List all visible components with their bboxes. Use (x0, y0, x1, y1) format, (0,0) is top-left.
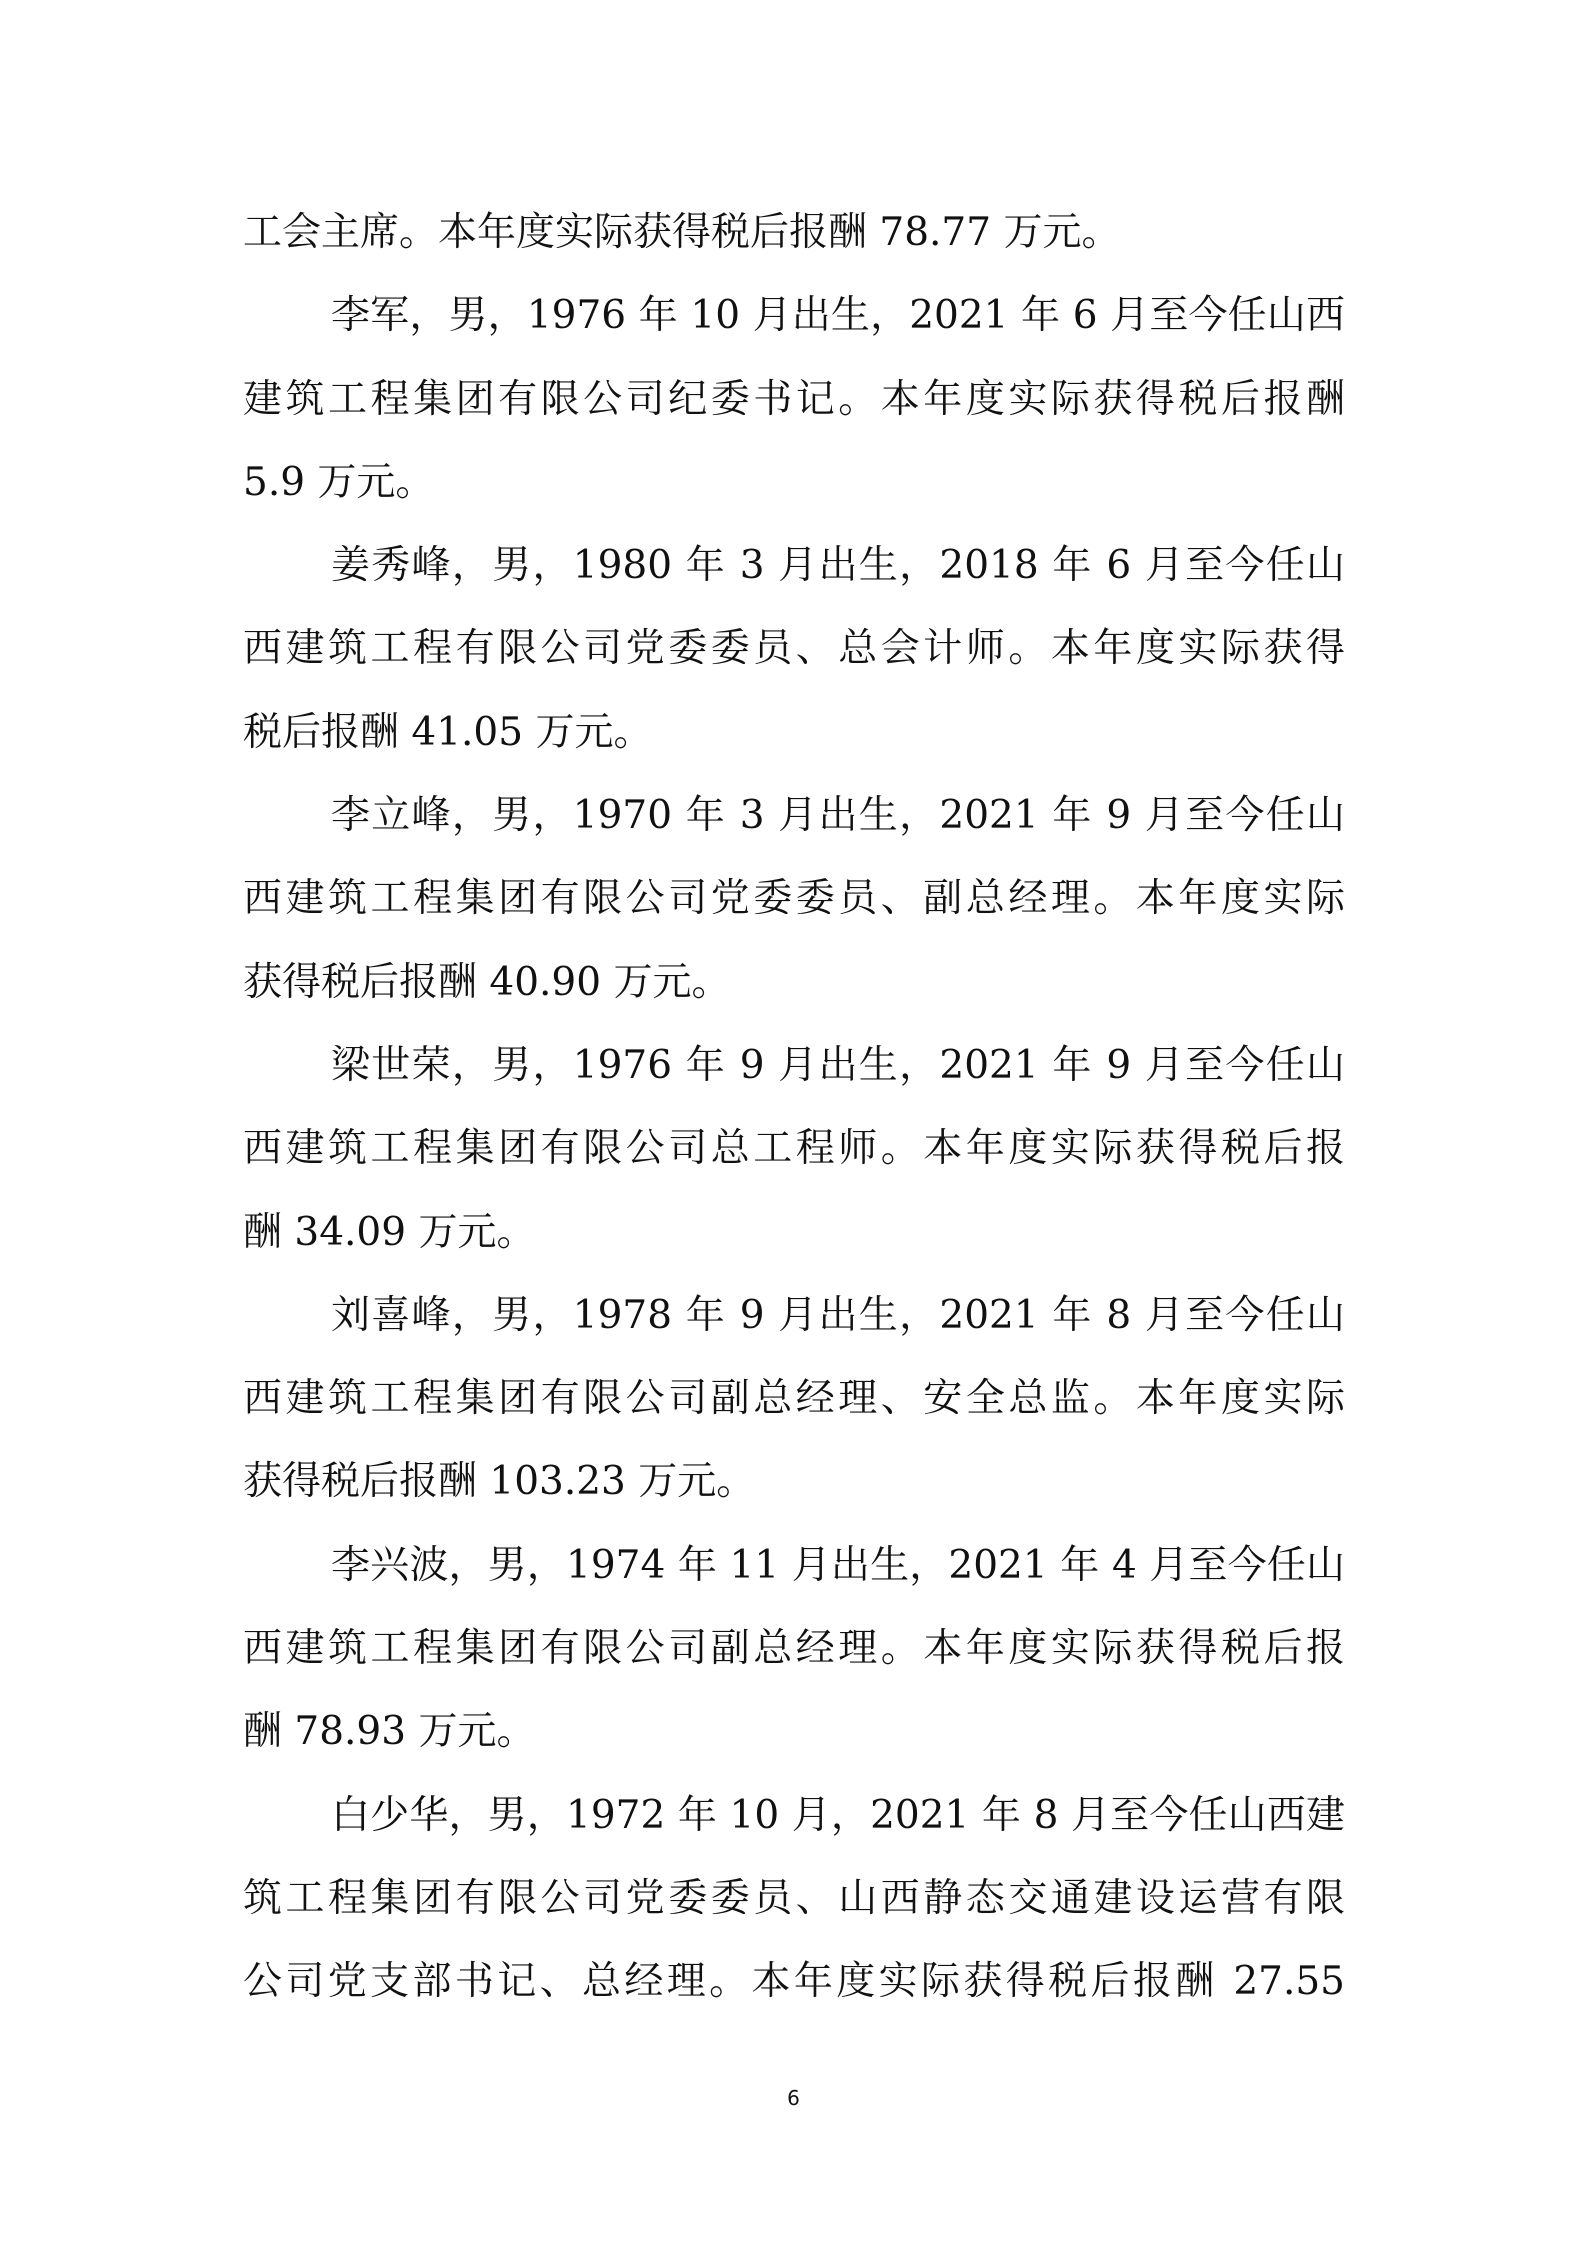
text-line: 工会主席。本年度实际获得税后报酬 78.77 万元。 (243, 191, 1345, 274)
text-line: 酬 34.09 万元。 (243, 1191, 1345, 1274)
text-line: 建筑工程集团有限公司纪委书记。本年度实际获得税后报酬 (243, 358, 1345, 441)
text-line: 公司党支部书记、总经理。本年度实际获得税后报酬 27.55 (243, 1940, 1345, 2023)
text-line: 税后报酬 41.05 万元。 (243, 691, 1345, 774)
paragraph-start-liu-xifeng: 刘喜峰，男，1978 年 9 月出生，2021 年 8 月至今任山 (243, 1274, 1345, 1357)
text-line: 西建筑工程集团有限公司党委委员、副总经理。本年度实际 (243, 857, 1345, 940)
page-number: 6 (0, 2086, 1587, 2110)
text-line: 筑工程集团有限公司党委委员、山西静态交通建设运营有限 (243, 1857, 1345, 1940)
text-line: 获得税后报酬 103.23 万元。 (243, 1440, 1345, 1523)
paragraph-start-bai-shaohua: 白少华，男，1972 年 10 月，2021 年 8 月至今任山西建 (243, 1774, 1345, 1857)
text-line: 获得税后报酬 40.90 万元。 (243, 941, 1345, 1024)
text-line: 5.9 万元。 (243, 441, 1345, 524)
paragraph-start-liang-shirong: 梁世荣，男，1976 年 9 月出生，2021 年 9 月至今任山 (243, 1024, 1345, 1107)
paragraph-start-li-jun: 李军，男，1976 年 10 月出生，2021 年 6 月至今任山西 (243, 274, 1345, 357)
document-page: 工会主席。本年度实际获得税后报酬 78.77 万元。 李军，男，1976 年 1… (0, 0, 1587, 2245)
paragraph-start-li-xingbo: 李兴波，男，1974 年 11 月出生，2021 年 4 月至今任山 (243, 1524, 1345, 1607)
text-line: 西建筑工程集团有限公司总工程师。本年度实际获得税后报 (243, 1107, 1345, 1190)
text-line: 西建筑工程有限公司党委委员、总会计师。本年度实际获得 (243, 607, 1345, 690)
text-line: 西建筑工程集团有限公司副总经理、安全总监。本年度实际 (243, 1357, 1345, 1440)
text-line: 西建筑工程集团有限公司副总经理。本年度实际获得税后报 (243, 1607, 1345, 1690)
paragraph-start-li-lifeng: 李立峰，男，1970 年 3 月出生，2021 年 9 月至今任山 (243, 774, 1345, 857)
text-line: 酬 78.93 万元。 (243, 1690, 1345, 1773)
body-text: 工会主席。本年度实际获得税后报酬 78.77 万元。 李军，男，1976 年 1… (243, 191, 1345, 2024)
paragraph-start-jiang-xiufeng: 姜秀峰，男，1980 年 3 月出生，2018 年 6 月至今任山 (243, 524, 1345, 607)
